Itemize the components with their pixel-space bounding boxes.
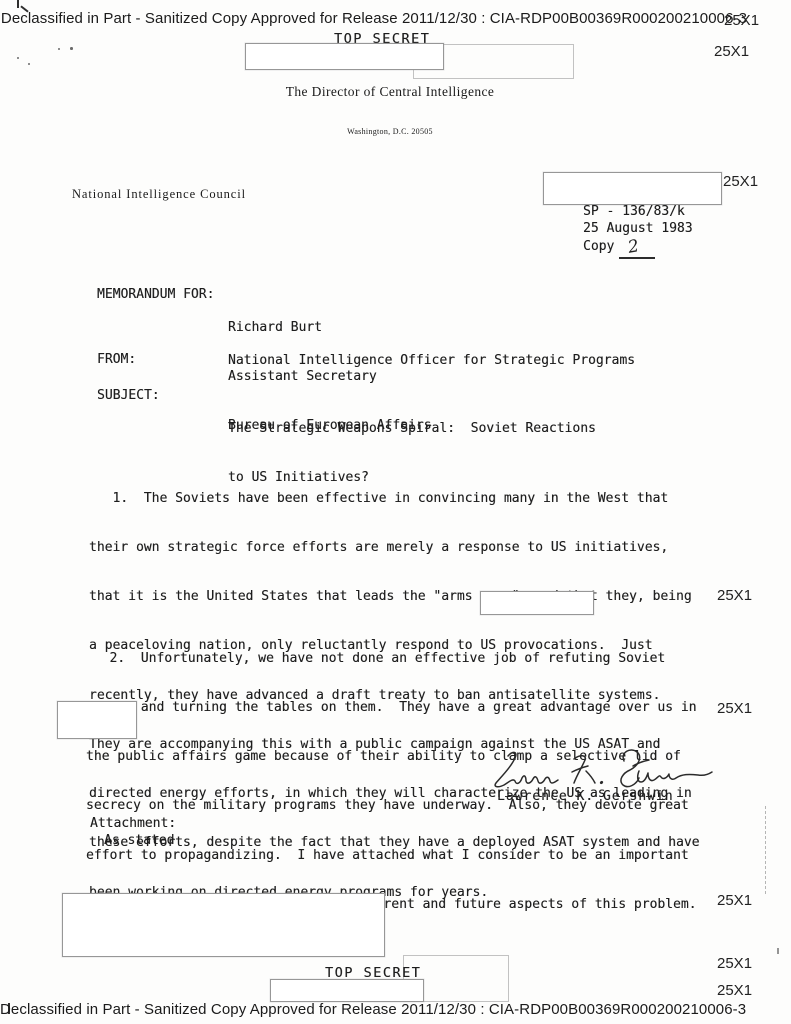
scan-artifact-dashline	[765, 806, 766, 894]
letterhead-location-text: Washington, D.C. 20505	[347, 127, 433, 136]
memo-from-value: National Intelligence Officer for Strate…	[228, 353, 635, 369]
paragraph-line: that it is the United States that leads …	[89, 589, 699, 605]
scan-artifact	[17, 0, 19, 8]
copy-number-underline	[619, 257, 655, 259]
memo-from-label: FROM:	[97, 352, 136, 368]
memo-subject-label: SUBJECT:	[97, 388, 160, 404]
memo-subject-line: The Strategic Weapons Spiral: Soviet Rea…	[228, 421, 596, 437]
declass-marking-5: 25X1	[717, 700, 752, 717]
redaction-box-header	[245, 43, 444, 70]
copy-label: Copy	[583, 239, 614, 255]
declassification-banner-bottom-text: Declassified in Part - Sanitized Copy Ap…	[0, 1001, 746, 1018]
copy-number-text: 2	[626, 236, 640, 258]
attachment-value: As stated	[104, 833, 174, 849]
memo-to-line: Assistant Secretary	[228, 369, 432, 385]
copy-number-handwritten: 2	[628, 237, 639, 257]
scan-artifact	[17, 57, 19, 59]
declassification-banner-top-text: Declassified in Part - Sanitized Copy Ap…	[1, 10, 747, 27]
attachment-label: Attachment:	[90, 816, 176, 832]
declass-marking-3: 25X1	[723, 173, 758, 190]
scan-artifact	[58, 48, 60, 50]
paragraph-line: their own strategic force efforts are me…	[89, 540, 699, 556]
redaction-box-bottom-small	[270, 979, 424, 1002]
declass-marking-4: 25X1	[717, 587, 752, 604]
redaction-box-bottom-large	[62, 893, 385, 957]
letterhead-location: Washington, D.C. 20505	[0, 127, 780, 136]
paragraph-line: 1. The Soviets have been effective in co…	[89, 491, 699, 507]
paragraph-line: 2. Unfortunately, we have not done an ef…	[86, 651, 696, 667]
office-name: National Intelligence Council	[72, 187, 246, 202]
declass-marking-2: 25X1	[714, 43, 749, 60]
signature-typed-name: Lawrence K. Gershwin	[497, 789, 674, 805]
memo-to-label: MEMORANDUM FOR:	[97, 287, 214, 303]
paragraph-line: claims and turning the tables on them. T…	[86, 700, 696, 716]
scan-artifact	[28, 63, 30, 65]
paragraph-line: effort to propagandizing. I have attache…	[86, 848, 696, 864]
declass-marking-1: 25X1	[724, 12, 759, 29]
scan-artifact	[777, 948, 779, 954]
declass-marking-8: 25X1	[717, 982, 752, 999]
declassification-banner-bottom: Declassified in Part - Sanitized Copy Ap…	[0, 1001, 730, 1018]
declass-marking-7: 25X1	[717, 955, 752, 972]
redaction-box-docid	[543, 172, 722, 205]
memo-to-line: Richard Burt	[228, 320, 432, 336]
document-page: Declassified in Part - Sanitized Copy Ap…	[0, 0, 791, 1024]
doc-number: SP - 136/83/k	[583, 204, 685, 220]
letterhead-agency: The Director of Central Intelligence	[0, 84, 780, 100]
declassification-banner-top: Declassified in Part - Sanitized Copy Ap…	[0, 10, 748, 27]
redaction-box-para1	[480, 591, 594, 615]
scan-artifact	[70, 47, 73, 50]
redaction-box-para2	[57, 701, 137, 739]
signature-script	[486, 744, 714, 794]
doc-date: 25 August 1983	[583, 221, 693, 237]
letterhead-agency-text: The Director of Central Intelligence	[286, 84, 495, 99]
declass-marking-6: 25X1	[717, 892, 752, 909]
